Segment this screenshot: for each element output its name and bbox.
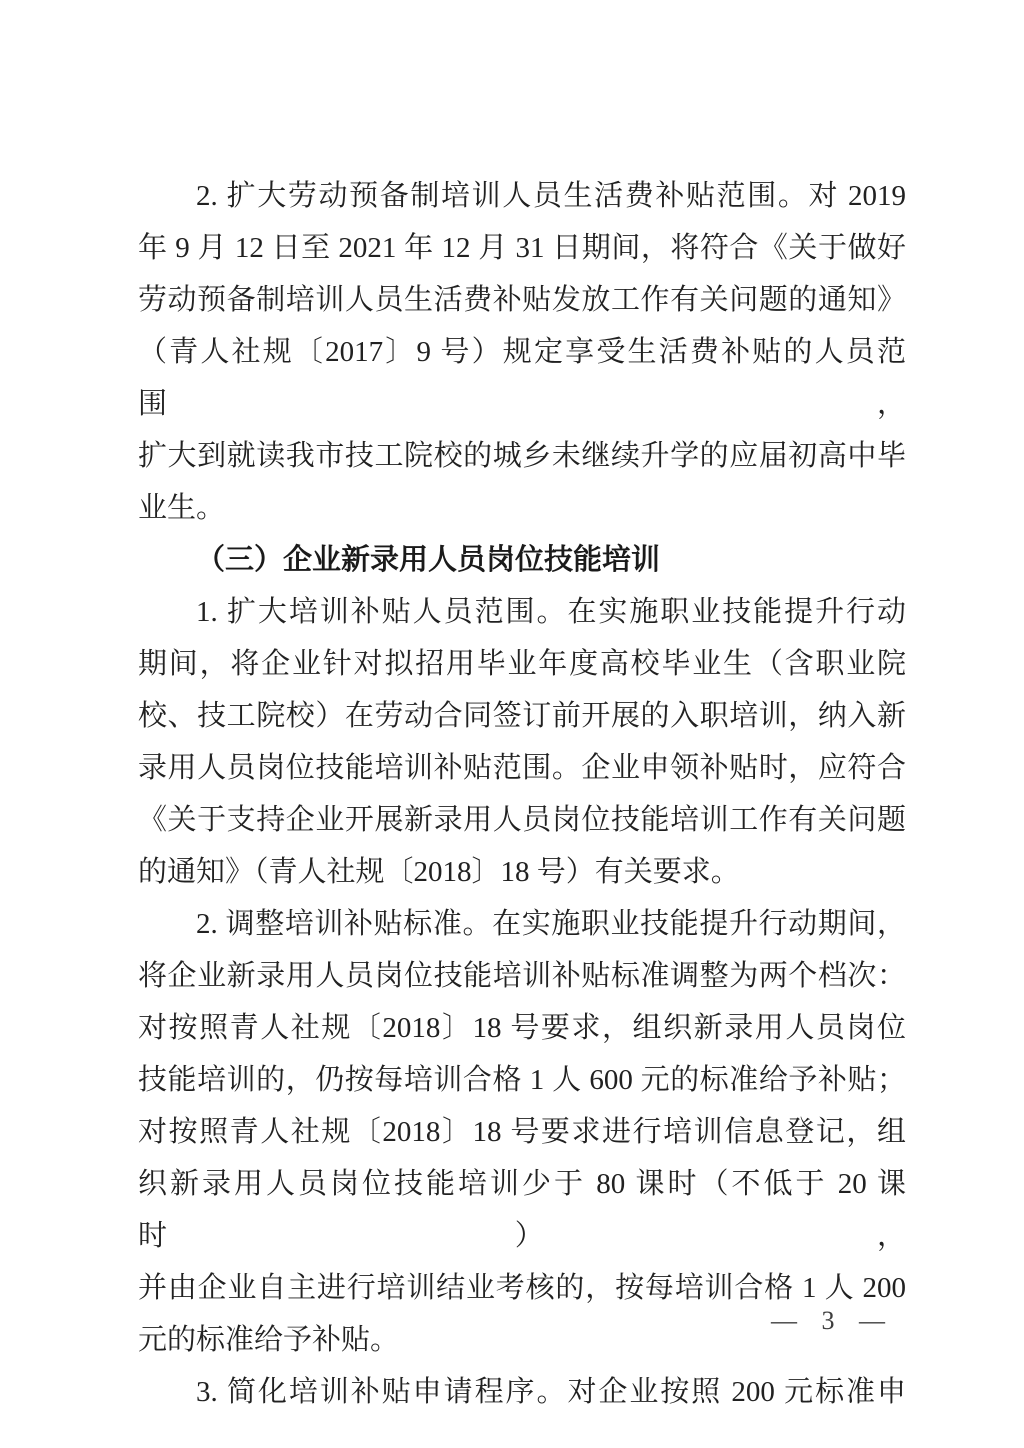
section-heading: （三）企业新录用人员岗位技能培训	[138, 534, 906, 586]
text-line: 对按照青人社规〔2018〕18 号要求进行培训信息登记，组	[138, 1106, 906, 1158]
document-body: 2. 扩大劳动预备制培训人员生活费补贴范围。对 2019年 9 月 12 日至 …	[138, 170, 906, 1418]
text-line: 对按照青人社规〔2018〕18 号要求，组织新录用人员岗位	[138, 1002, 906, 1054]
text-line: 2. 调整培训补贴标准。在实施职业技能提升行动期间，	[138, 898, 906, 950]
text-line: 的通知》（青人社规〔2018〕18 号）有关要求。	[138, 846, 906, 898]
text-line: 劳动预备制培训人员生活费补贴发放工作有关问题的通知》	[138, 274, 906, 326]
paragraph: 2. 调整培训补贴标准。在实施职业技能提升行动期间，将企业新录用人员岗位技能培训…	[138, 898, 906, 1366]
text-line: 技能培训的，仍按每培训合格 1 人 600 元的标准给予补贴；	[138, 1054, 906, 1106]
text-line: （三）企业新录用人员岗位技能培训	[138, 534, 906, 586]
text-line: 将企业新录用人员岗位技能培训补贴标准调整为两个档次：	[138, 950, 906, 1002]
paragraph: 1. 扩大培训补贴人员范围。在实施职业技能提升行动期间，将企业针对拟招用毕业年度…	[138, 586, 906, 898]
text-line: （青人社规〔2017〕9 号）规定享受生活费补贴的人员范围，	[138, 326, 906, 430]
paragraph: 3. 简化培训补贴申请程序。对企业按照 200 元标准申	[138, 1366, 906, 1418]
text-line: 3. 简化培训补贴申请程序。对企业按照 200 元标准申	[138, 1366, 906, 1418]
text-line: 期间，将企业针对拟招用毕业年度高校毕业生（含职业院	[138, 638, 906, 690]
paragraph: 2. 扩大劳动预备制培训人员生活费补贴范围。对 2019年 9 月 12 日至 …	[138, 170, 906, 534]
page-number: — 3 —	[771, 1304, 886, 1338]
text-line: 《关于支持企业开展新录用人员岗位技能培训工作有关问题	[138, 794, 906, 846]
text-line: 年 9 月 12 日至 2021 年 12 月 31 日期间，将符合《关于做好	[138, 222, 906, 274]
text-line: 校、技工院校）在劳动合同签订前开展的入职培训，纳入新	[138, 690, 906, 742]
text-line: 业生。	[138, 482, 906, 534]
text-line: 织新录用人员岗位技能培训少于 80 课时（不低于 20 课时），	[138, 1158, 906, 1262]
text-line: 2. 扩大劳动预备制培训人员生活费补贴范围。对 2019	[138, 170, 906, 222]
document-page: 2. 扩大劳动预备制培训人员生活费补贴范围。对 2019年 9 月 12 日至 …	[0, 0, 1024, 1448]
text-line: 扩大到就读我市技工院校的城乡未继续升学的应届初高中毕	[138, 430, 906, 482]
text-line: 录用人员岗位技能培训补贴范围。企业申领补贴时，应符合	[138, 742, 906, 794]
text-line: 1. 扩大培训补贴人员范围。在实施职业技能提升行动	[138, 586, 906, 638]
